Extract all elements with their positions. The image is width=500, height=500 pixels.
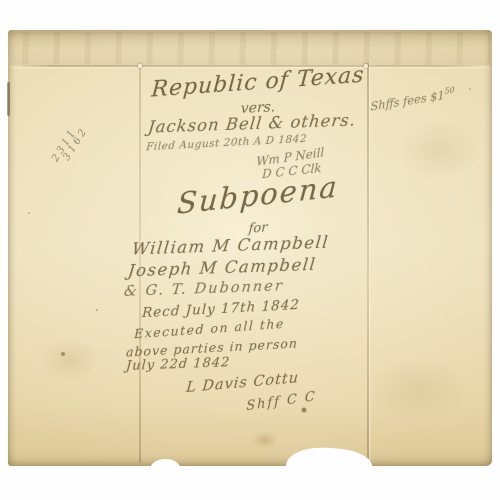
document-photo: 2311 3162 Republic of Texas vers. Jackso…: [0, 0, 500, 500]
fee-cents: 50: [445, 85, 455, 96]
left-edge-mark: [7, 82, 10, 116]
ink-specks: [8, 30, 10, 32]
document-paper: 2311 3162 Republic of Texas vers. Jackso…: [8, 30, 492, 466]
